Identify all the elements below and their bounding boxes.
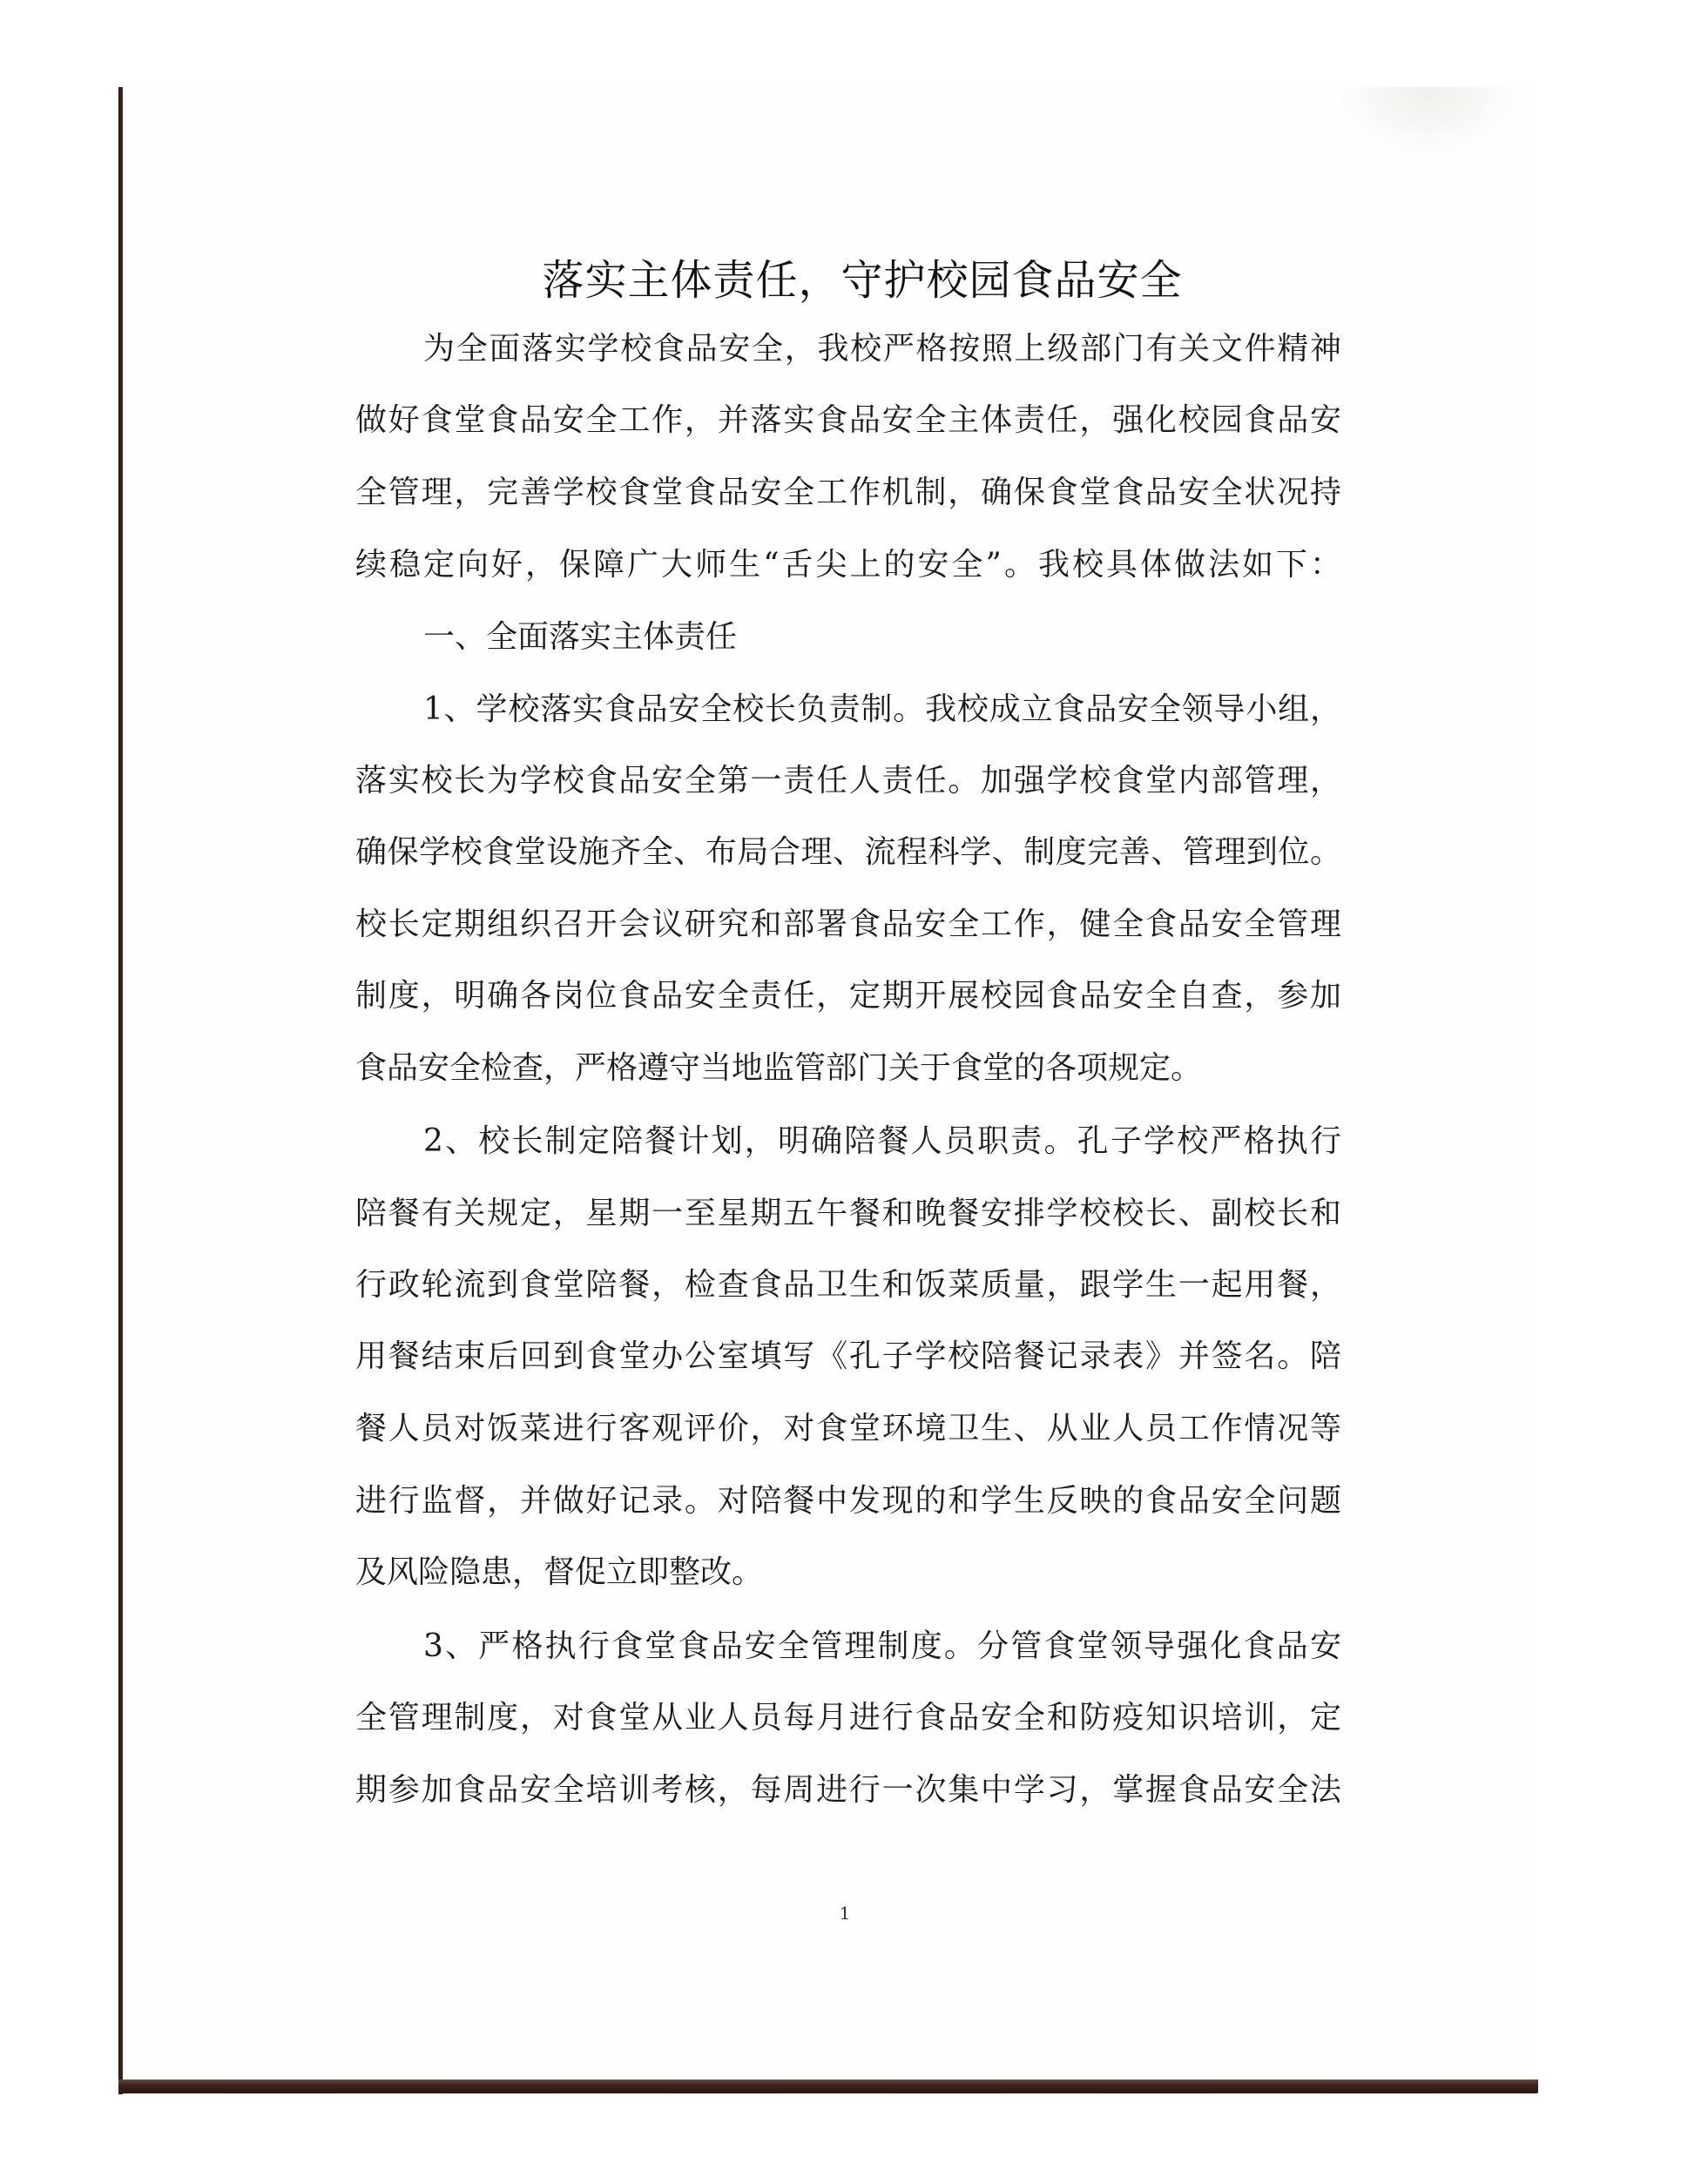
text-line: 3、严格执行食堂食品安全管理制度。分管食堂领导强化食品安 bbox=[423, 1625, 1341, 1668]
text-line: 陪餐有关规定，星期一至星期五午餐和晚餐安排学校校长、副校长和 bbox=[355, 1192, 1341, 1236]
document-title: 落实主体责任，守护校园食品安全 bbox=[0, 253, 1681, 308]
text-line: 及风险隐患，督促立即整改。 bbox=[355, 1551, 1341, 1594]
text-line: 做好食堂食品安全工作，并落实食品安全主体责任，强化校园食品安 bbox=[355, 399, 1341, 442]
text-line: 期参加食品安全培训考核，每周进行一次集中学习，掌握食品安全法 bbox=[355, 1769, 1341, 1812]
text-line: 餐人员对饭菜进行客观评价，对食堂环境卫生、从业人员工作情况等 bbox=[355, 1407, 1341, 1451]
text-line: 用餐结束后回到食堂办公室填写《孔子学校陪餐记录表》并签名。陪 bbox=[355, 1335, 1341, 1378]
text-line: 落实校长为学校食品安全第一责任人责任。加强学校食堂内部管理， bbox=[355, 759, 1341, 803]
section-heading: 一、全面落实主体责任 bbox=[423, 616, 1341, 659]
text-line: 行政轮流到食堂陪餐，检查食品卫生和饭菜质量，跟学生一起用餐， bbox=[355, 1264, 1341, 1307]
text-line: 食品安全检查，严格遵守当地监管部门关于食堂的各项规定。 bbox=[355, 1047, 1341, 1090]
text-line: 确保学校食堂设施齐全、布局合理、流程科学、制度完善、管理到位。 bbox=[355, 831, 1341, 874]
page-bottom-edge bbox=[118, 2080, 1538, 2093]
text-line: 续稳定向好，保障广大师生“舌尖上的安全”。我校具体做法如下： bbox=[355, 543, 1341, 587]
text-line: 校长定期组织召开会议研究和部署食品安全工作，健全食品安全管理 bbox=[355, 903, 1341, 947]
page-left-edge bbox=[118, 87, 123, 2094]
text-line: 制度，明确各岗位食品安全责任，定期开展校园食品安全自查，参加 bbox=[355, 974, 1341, 1018]
text-line: 1、学校落实食品安全校长负责制。我校成立食品安全领导小组， bbox=[423, 688, 1341, 731]
page-corner-shadow bbox=[1333, 87, 1524, 157]
text-line: 进行监督，并做好记录。对陪餐中发现的和学生反映的食品安全问题 bbox=[355, 1480, 1341, 1523]
page-number: 1 bbox=[836, 1903, 854, 1924]
text-line: 2、校长制定陪餐计划，明确陪餐人员职责。孔子学校严格执行 bbox=[423, 1120, 1341, 1163]
text-line: 全管理，完善学校食堂食品安全工作机制，确保食堂食品安全状况持 bbox=[355, 471, 1341, 515]
text-line: 全管理制度，对食堂从业人员每月进行食品安全和防疫知识培训，定 bbox=[355, 1696, 1341, 1740]
text-line: 为全面落实学校食品安全，我校严格按照上级部门有关文件精神 bbox=[423, 327, 1341, 371]
